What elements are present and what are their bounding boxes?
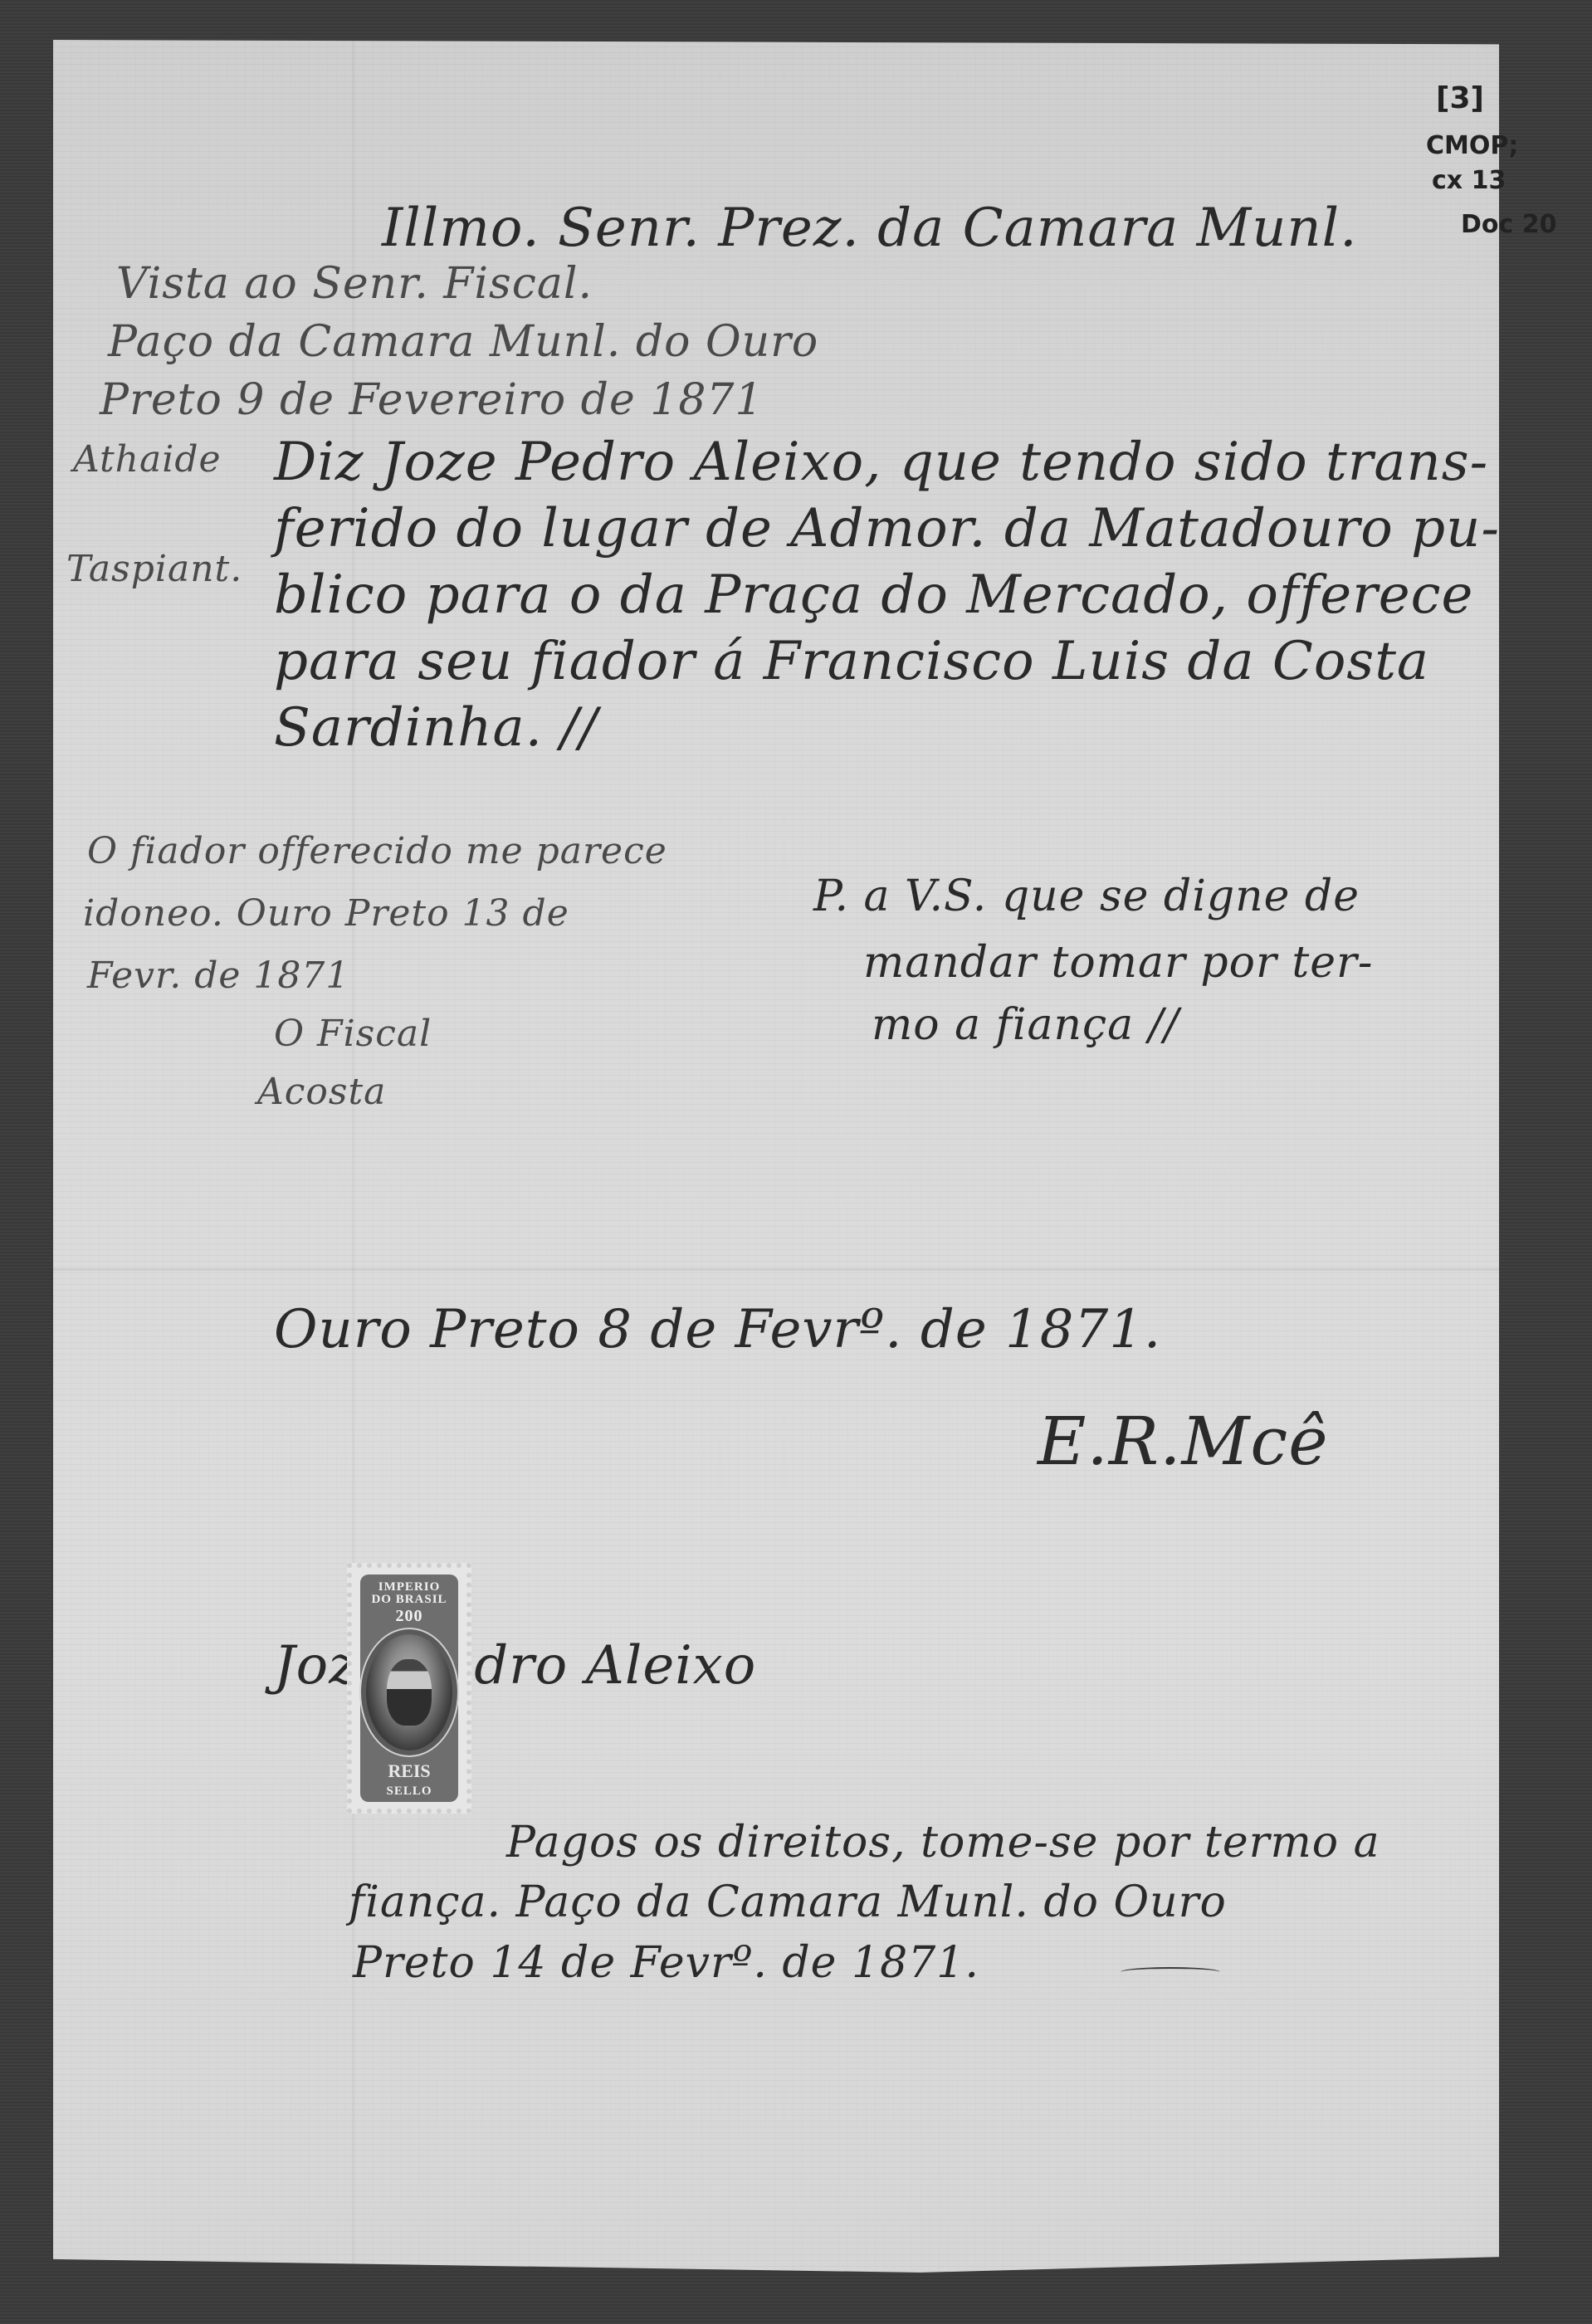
archive-marking: cx 13 bbox=[1432, 168, 1506, 194]
margin-dispatch-line: Preto 9 de Fevereiro de 1871 bbox=[100, 375, 764, 425]
margin-signature: Taspiant. bbox=[66, 548, 242, 590]
emperor-portrait-icon bbox=[361, 1629, 457, 1755]
archive-marking: CMOP; bbox=[1426, 133, 1518, 159]
stamp-unit: REIS bbox=[388, 1760, 430, 1782]
body-line: para seu fiador á Francisco Luis da Cost… bbox=[274, 631, 1429, 692]
request-line: mandar tomar por ter- bbox=[863, 938, 1373, 988]
final-dispatch-line: Pagos os direitos, tome-se por termo a bbox=[506, 1818, 1380, 1867]
request-line: mo a fiança // bbox=[872, 1000, 1179, 1050]
salutation: Illmo. Senr. Prez. da Camara Munl. bbox=[382, 198, 1357, 259]
margin-dispatch-line: Vista ao Senr. Fiscal. bbox=[116, 259, 593, 309]
fiscal-note-line: Fevr. de 1871 bbox=[87, 954, 349, 997]
body-line: Diz Joze Pedro Aleixo, que tendo sido tr… bbox=[274, 432, 1488, 493]
body-line: Sardinha. // bbox=[274, 697, 598, 759]
fold-line bbox=[53, 1268, 1499, 1271]
stamp-text: SELLO bbox=[386, 1785, 432, 1798]
closing-formula: E.R.Mcê bbox=[1038, 1403, 1329, 1480]
tax-stamp: IMPERIO DO BRASIL 200 REIS SELLO bbox=[347, 1563, 471, 1814]
archive-marking: Doc 20 bbox=[1461, 212, 1557, 238]
fiscal-note-line: O fiador offerecido me parece bbox=[87, 830, 667, 872]
archive-marking: [3] bbox=[1436, 83, 1484, 115]
stamp-value: 200 bbox=[396, 1608, 423, 1624]
fiscal-signature: Acosta bbox=[257, 1071, 386, 1113]
flourish-line bbox=[1121, 1967, 1220, 1977]
margin-dispatch-line: Paço da Camara Munl. do Ouro bbox=[108, 317, 818, 367]
body-line: ferido do lugar de Admor. da Matadouro p… bbox=[274, 498, 1500, 559]
fiscal-note-line: idoneo. Ouro Preto 13 de bbox=[83, 892, 569, 935]
margin-signature: Athaide bbox=[73, 438, 222, 481]
final-dispatch-line: fiança. Paço da Camara Munl. do Ouro bbox=[349, 1877, 1227, 1927]
fiscal-note-line: O Fiscal bbox=[274, 1013, 432, 1055]
stamp-text: IMPERIO bbox=[378, 1581, 441, 1594]
final-dispatch-line: Preto 14 de Fevrº. de 1871. bbox=[353, 1938, 979, 1988]
place-date: Ouro Preto 8 de Fevrº. de 1871. bbox=[274, 1299, 1161, 1360]
request-line: P. a V.S. que se digne de bbox=[813, 871, 1360, 921]
body-line: blico para o da Praça do Mercado, offere… bbox=[274, 564, 1473, 626]
stamp-text: DO BRASIL bbox=[371, 1594, 447, 1606]
